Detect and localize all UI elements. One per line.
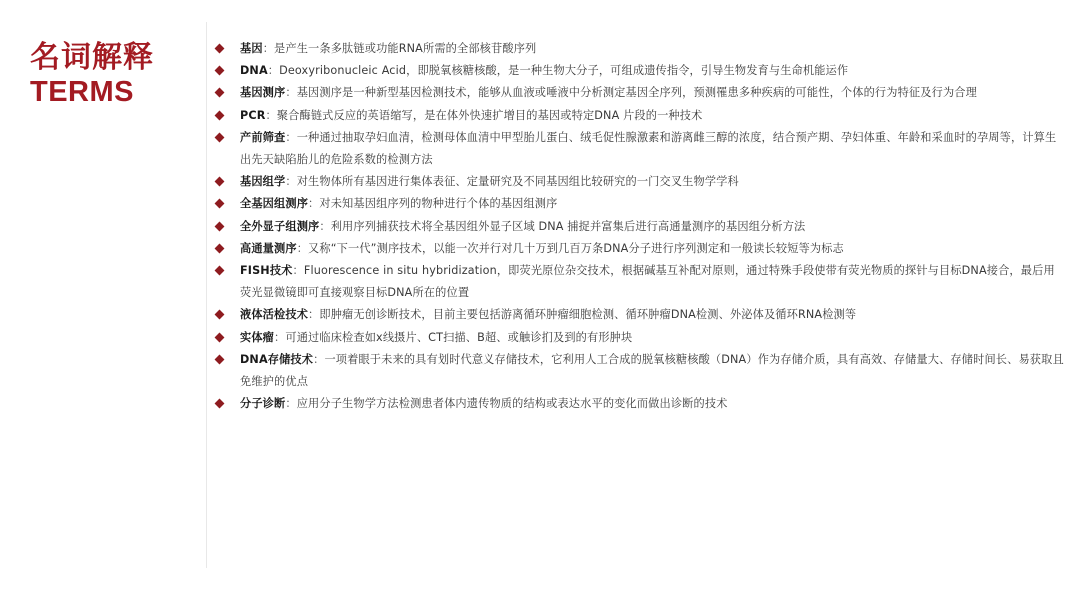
term-separator: ： <box>268 64 279 77</box>
page-title-english: TERMS <box>30 76 154 108</box>
diamond-bullet-icon <box>215 110 225 120</box>
diamond-bullet-icon <box>215 310 225 320</box>
term-separator: ： <box>319 220 330 233</box>
term-name: 全基因组测序 <box>240 197 308 210</box>
term-item-dna-storage: DNA存储技术：一项着眼于未来的具有划时代意义存储技术，它利用人工合成的脱氧核糖… <box>214 349 1064 393</box>
diamond-bullet-icon <box>215 44 225 54</box>
term-item-pcr: PCR：聚合酶链式反应的英语缩写，是在体外快速扩增目的基因或特定DNA 片段的一… <box>214 105 1064 127</box>
term-name: 液体活检技术 <box>240 308 308 321</box>
term-name: FISH技术 <box>240 264 293 277</box>
vertical-divider <box>206 22 207 568</box>
term-separator: ： <box>313 353 324 366</box>
term-item-genomics: 基因组学：对生物体所有基因进行集体表征、定量研究及不同基因组比较研究的一门交叉生… <box>214 171 1064 193</box>
term-item-fish: FISH技术：Fluorescence in situ hybridizatio… <box>214 260 1064 304</box>
term-definition: 即肿瘤无创诊断技术，目前主要包括游离循环肿瘤细胞检测、循环肿瘤DNA检测、外泌体… <box>319 308 856 321</box>
page-title-chinese: 名词解释 <box>30 40 154 76</box>
terms-list: 基因：是产生一条多肽链或功能RNA所需的全部核苷酸序列 DNA：Deoxyrib… <box>214 38 1064 415</box>
diamond-bullet-icon <box>215 399 225 409</box>
term-separator: ： <box>308 197 319 210</box>
diamond-bullet-icon <box>215 221 225 231</box>
diamond-bullet-icon <box>215 177 225 187</box>
term-separator: ： <box>285 86 296 99</box>
term-separator: ： <box>297 242 308 255</box>
term-definition: 利用序列捕获技术将全基因组外显子区域 DNA 捕捉并富集后进行高通量测序的基因组… <box>331 220 806 233</box>
term-item-prenatal-screening: 产前筛查：一种通过抽取孕妇血清，检测母体血清中甲型胎儿蛋白、绒毛促性腺激素和游离… <box>214 127 1064 171</box>
term-name: DNA <box>240 64 268 77</box>
term-name: 分子诊断 <box>240 397 285 410</box>
term-separator: ： <box>308 308 319 321</box>
diamond-bullet-icon <box>215 332 225 342</box>
term-name: 基因测序 <box>240 86 285 99</box>
term-definition: 又称“下一代”测序技术，以能一次并行对几十万到几百万条DNA分子进行序列测定和一… <box>308 242 844 255</box>
term-name: 基因组学 <box>240 175 285 188</box>
term-name: 全外显子组测序 <box>240 220 319 233</box>
term-definition: Deoxyribonucleic Acid，即脱氧核糖核酸，是一种生物大分子，可… <box>279 64 848 77</box>
term-name: PCR <box>240 109 265 122</box>
term-item-molecular-diagnosis: 分子诊断：应用分子生物学方法检测患者体内遗传物质的结构或表达水平的变化而做出诊断… <box>214 393 1064 415</box>
title-block: 名词解释 TERMS <box>30 40 154 108</box>
term-definition: 一种通过抽取孕妇血清，检测母体血清中甲型胎儿蛋白、绒毛促性腺激素和游离雌三醇的浓… <box>240 131 1056 166</box>
diamond-bullet-icon <box>215 88 225 98</box>
diamond-bullet-icon <box>215 66 225 76</box>
term-separator: ： <box>285 175 296 188</box>
term-definition: 是产生一条多肽链或功能RNA所需的全部核苷酸序列 <box>274 42 536 55</box>
term-item-high-throughput-sequencing: 高通量测序：又称“下一代”测序技术，以能一次并行对几十万到几百万条DNA分子进行… <box>214 238 1064 260</box>
term-item-dna: DNA：Deoxyribonucleic Acid，即脱氧核糖核酸，是一种生物大… <box>214 60 1064 82</box>
diamond-bullet-icon <box>215 132 225 142</box>
term-separator: ： <box>263 42 274 55</box>
term-definition: 聚合酶链式反应的英语缩写，是在体外快速扩增目的基因或特定DNA 片段的一种技术 <box>277 109 703 122</box>
term-definition: 基因测序是一种新型基因检测技术，能够从血液或唾液中分析测定基因全序列，预测罹患多… <box>297 86 977 99</box>
diamond-bullet-icon <box>215 243 225 253</box>
term-item-whole-genome-sequencing: 全基因组测序：对未知基因组序列的物种进行个体的基因组测序 <box>214 193 1064 215</box>
term-name: DNA存储技术 <box>240 353 313 366</box>
term-definition: 应用分子生物学方法检测患者体内遗传物质的结构或表达水平的变化而做出诊断的技术 <box>297 397 728 410</box>
term-separator: ： <box>285 397 296 410</box>
term-item-gene-sequencing: 基因测序：基因测序是一种新型基因检测技术，能够从血液或唾液中分析测定基因全序列，… <box>214 82 1064 104</box>
term-separator: ： <box>274 331 285 344</box>
term-name: 基因 <box>240 42 263 55</box>
term-definition: 可通过临床检查如x线摄片、CT扫描、B超、或触诊扪及到的有形肿块 <box>285 331 632 344</box>
term-definition: 一项着眼于未来的具有划时代意义存储技术，它利用人工合成的脱氧核糖核酸（DNA）作… <box>240 353 1064 388</box>
term-name: 产前筛查 <box>240 131 285 144</box>
diamond-bullet-icon <box>215 354 225 364</box>
term-name: 高通量测序 <box>240 242 297 255</box>
term-definition: Fluorescence in situ hybridization，即荧光原位… <box>240 264 1055 299</box>
term-item-gene: 基因：是产生一条多肽链或功能RNA所需的全部核苷酸序列 <box>214 38 1064 60</box>
term-definition: 对未知基因组序列的物种进行个体的基因组测序 <box>319 197 557 210</box>
term-separator: ： <box>265 109 276 122</box>
term-item-solid-tumor: 实体瘤：可通过临床检查如x线摄片、CT扫描、B超、或触诊扪及到的有形肿块 <box>214 327 1064 349</box>
term-item-whole-exome-sequencing: 全外显子组测序：利用序列捕获技术将全基因组外显子区域 DNA 捕捉并富集后进行高… <box>214 216 1064 238</box>
term-separator: ： <box>293 264 304 277</box>
term-name: 实体瘤 <box>240 331 274 344</box>
term-separator: ： <box>285 131 296 144</box>
diamond-bullet-icon <box>215 199 225 209</box>
diamond-bullet-icon <box>215 266 225 276</box>
term-definition: 对生物体所有基因进行集体表征、定量研究及不同基因组比较研究的一门交叉生物学学科 <box>297 175 739 188</box>
term-item-liquid-biopsy: 液体活检技术：即肿瘤无创诊断技术，目前主要包括游离循环肿瘤细胞检测、循环肿瘤DN… <box>214 304 1064 326</box>
